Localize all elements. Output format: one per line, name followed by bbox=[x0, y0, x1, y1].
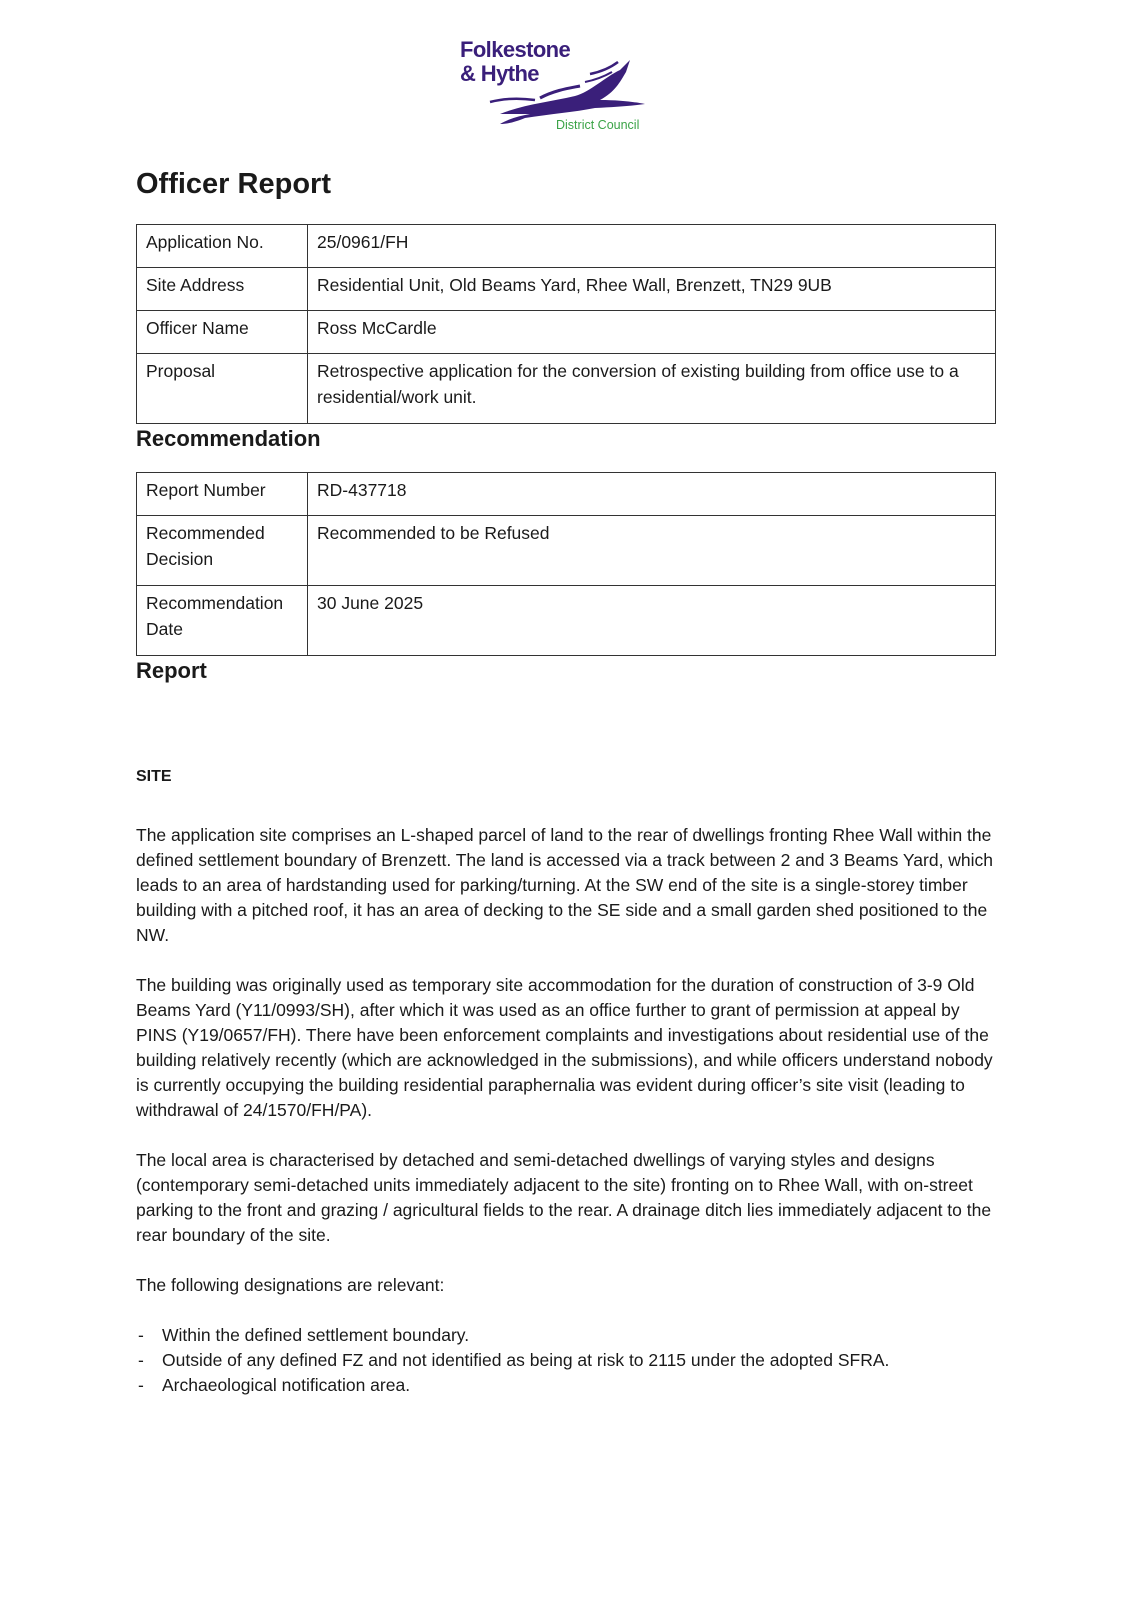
row-value: Retrospective application for the conver… bbox=[308, 354, 996, 424]
paragraph: The building was originally used as temp… bbox=[136, 973, 996, 1123]
table-row: Site Address Residential Unit, Old Beams… bbox=[137, 268, 996, 311]
row-label: Report Number bbox=[137, 473, 308, 516]
row-value: Recommended to be Refused bbox=[308, 516, 996, 586]
page-title: Officer Report bbox=[136, 168, 331, 201]
list-item: Archaeological notification area. bbox=[136, 1373, 996, 1398]
row-label: Recommendation Date bbox=[137, 586, 308, 656]
row-value: Ross McCardle bbox=[308, 311, 996, 354]
row-label: Site Address bbox=[137, 268, 308, 311]
row-value: 30 June 2025 bbox=[308, 586, 996, 656]
row-label: Recommended Decision bbox=[137, 516, 308, 586]
recommendation-table: Report Number RD-437718 Recommended Deci… bbox=[136, 472, 996, 656]
row-label: Proposal bbox=[137, 354, 308, 424]
row-value: 25/0961/FH bbox=[308, 225, 996, 268]
paragraph: The local area is characterised by detac… bbox=[136, 1148, 996, 1248]
site-section: SITE The application site comprises an L… bbox=[136, 764, 996, 1398]
list-item: Within the defined settlement boundary. bbox=[136, 1323, 996, 1348]
row-value: Residential Unit, Old Beams Yard, Rhee W… bbox=[308, 268, 996, 311]
table-row: Report Number RD-437718 bbox=[137, 473, 996, 516]
table-row: Recommended Decision Recommended to be R… bbox=[137, 516, 996, 586]
report-heading: Report bbox=[136, 658, 207, 684]
recommendation-heading: Recommendation bbox=[136, 426, 321, 452]
row-value: RD-437718 bbox=[308, 473, 996, 516]
table-row: Recommendation Date 30 June 2025 bbox=[137, 586, 996, 656]
table-row: Application No. 25/0961/FH bbox=[137, 225, 996, 268]
paragraph: The application site comprises an L-shap… bbox=[136, 823, 996, 948]
row-label: Officer Name bbox=[137, 311, 308, 354]
council-logo: Folkestone & Hythe District Council bbox=[460, 38, 660, 138]
table-row: Proposal Retrospective application for t… bbox=[137, 354, 996, 424]
application-table: Application No. 25/0961/FH Site Address … bbox=[136, 224, 996, 424]
table-row: Officer Name Ross McCardle bbox=[137, 311, 996, 354]
row-label: Application No. bbox=[137, 225, 308, 268]
site-heading: SITE bbox=[136, 764, 996, 789]
paragraph: The following designations are relevant: bbox=[136, 1273, 996, 1298]
logo-text-line3: District Council bbox=[556, 118, 639, 132]
list-item: Outside of any defined FZ and not identi… bbox=[136, 1348, 996, 1373]
designations-list: Within the defined settlement boundary. … bbox=[136, 1323, 996, 1398]
